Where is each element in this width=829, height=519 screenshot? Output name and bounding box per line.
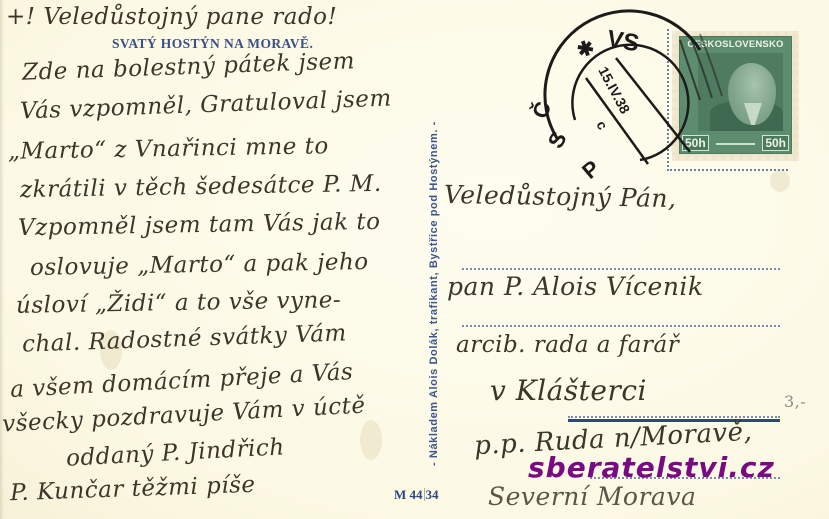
publisher-imprint: - Nákladem Alois Dolák, trafikant, Bystř… — [428, 121, 440, 466]
series-code-divider — [424, 488, 425, 501]
message-line: P. Kunčar těžmi píše — [10, 472, 256, 507]
series-code-left: M 44 — [394, 487, 423, 502]
series-code-right: 34 — [426, 487, 439, 502]
postmark-date: 15.IV.38 — [595, 64, 633, 117]
paper-stain — [770, 170, 790, 192]
stamp-laurel-ornament — [716, 143, 755, 145]
card-edge-shadow — [0, 0, 4, 519]
address-line: pan P. Alois Vícenik — [447, 272, 704, 301]
postmark-letters-top: VS — [605, 25, 641, 57]
message-line: „Marto“ z Vnařinci mne to — [8, 133, 329, 165]
postcard-reverse: SVATÝ HOSTÝN NA MORAVĚ. - Nákladem Alois… — [0, 0, 829, 519]
stamp-value-left: 50h — [682, 135, 709, 151]
message-line: zkrátili v těch šedesátce P. M. — [20, 171, 382, 203]
message-line: úsloví „Židi“ a to vše vyne- — [16, 287, 342, 319]
address-line: Severní Morava — [488, 482, 696, 511]
paper-stain — [360, 420, 382, 460]
address-line-rule — [462, 325, 780, 327]
message-line: oddaný P. Jindřich — [65, 434, 285, 471]
svg-text:Č: Č — [527, 98, 556, 122]
message-line: Vzpomněl jsem tam Vás jak to — [18, 209, 381, 241]
postage-stamp: ČESKOSLOVENSKO 50h 50h — [672, 31, 799, 161]
message-line: chal. Radostné svátky Vám — [22, 320, 348, 357]
svg-text:S: S — [543, 127, 572, 152]
address-line-rule — [462, 268, 780, 270]
address-salutation: Veledůstojný Pán, — [444, 180, 677, 213]
watermark: sberatelstvi.cz — [528, 451, 775, 484]
message-line: Zde na bolestný pátek jsem — [22, 48, 356, 86]
svg-text:P: P — [577, 155, 604, 184]
svg-text:c: c — [593, 118, 611, 133]
stamp-portrait — [698, 53, 783, 131]
stamp-country: ČESKOSLOVENSKO — [680, 39, 791, 50]
series-code: M 4434 — [394, 487, 439, 503]
message-line: oslovuje „Marto“ a pak jeho — [30, 249, 369, 281]
svg-text:✱: ✱ — [574, 36, 597, 62]
stamp-value-right: 50h — [762, 135, 789, 151]
pencil-price-note: 3,- — [784, 392, 806, 411]
address-line: arcib. rada a farář — [456, 332, 679, 358]
stamp-face: ČESKOSLOVENSKO 50h 50h — [679, 36, 792, 154]
message-line: +! Veledůstojný pane rado! — [6, 4, 337, 30]
address-line: v Klášterci — [490, 374, 647, 407]
printed-title: SVATÝ HOSTÝN NA MORAVĚ. — [112, 36, 313, 52]
message-line: Vás vzpomněl, Gratuloval jsem — [20, 86, 392, 125]
